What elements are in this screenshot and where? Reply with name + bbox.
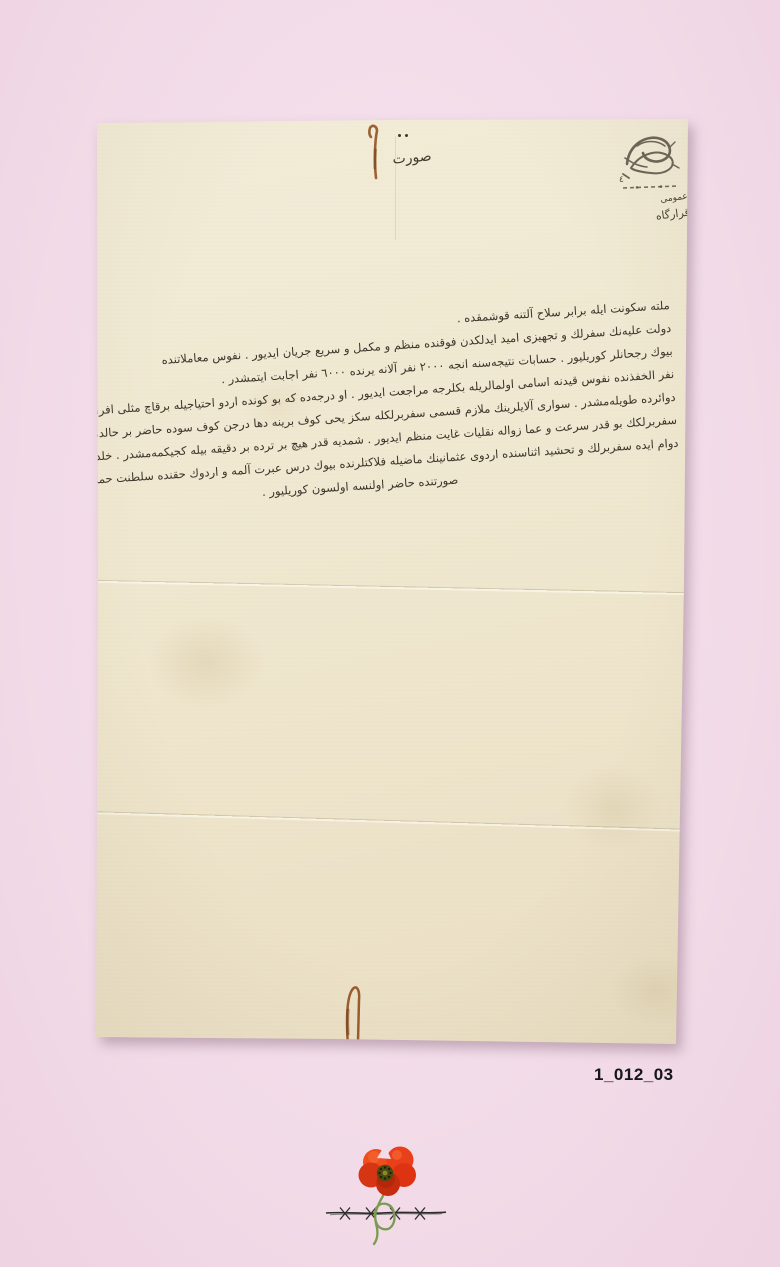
ottoman-seal-stamp: ٤ <box>617 128 687 198</box>
poppy-flower-icon <box>359 1145 417 1196</box>
paper-stain <box>609 954 701 1026</box>
paper-stain <box>147 614 265 710</box>
document-scan: صورت ٤ عمومى قرارگاه ملته سكونت ايله برا… <box>95 118 689 1046</box>
fold-crease <box>91 811 693 832</box>
paper-stain <box>563 764 663 852</box>
fold-crease <box>91 580 693 596</box>
reference-code: 1_012_03 <box>594 1065 694 1085</box>
manuscript-text: ملته سكونت ايله برابر سلاح آلتنه قوشمقده… <box>110 294 680 513</box>
poppy-stem <box>374 1188 394 1244</box>
poppy-memorial-graphic <box>316 1142 452 1248</box>
svg-text:٤: ٤ <box>619 175 624 185</box>
manuscript-paper: صورت ٤ عمومى قرارگاه ملته سكونت ايله برا… <box>95 118 689 1046</box>
poppy-center <box>377 1165 393 1181</box>
archive-scan-page: { "page": { "background_color": "#f3dce9… <box>0 0 780 1267</box>
rust-pin-mark-bottom <box>343 982 367 1050</box>
ink-dots <box>398 134 410 138</box>
barbed-wire-icon <box>326 1208 446 1220</box>
